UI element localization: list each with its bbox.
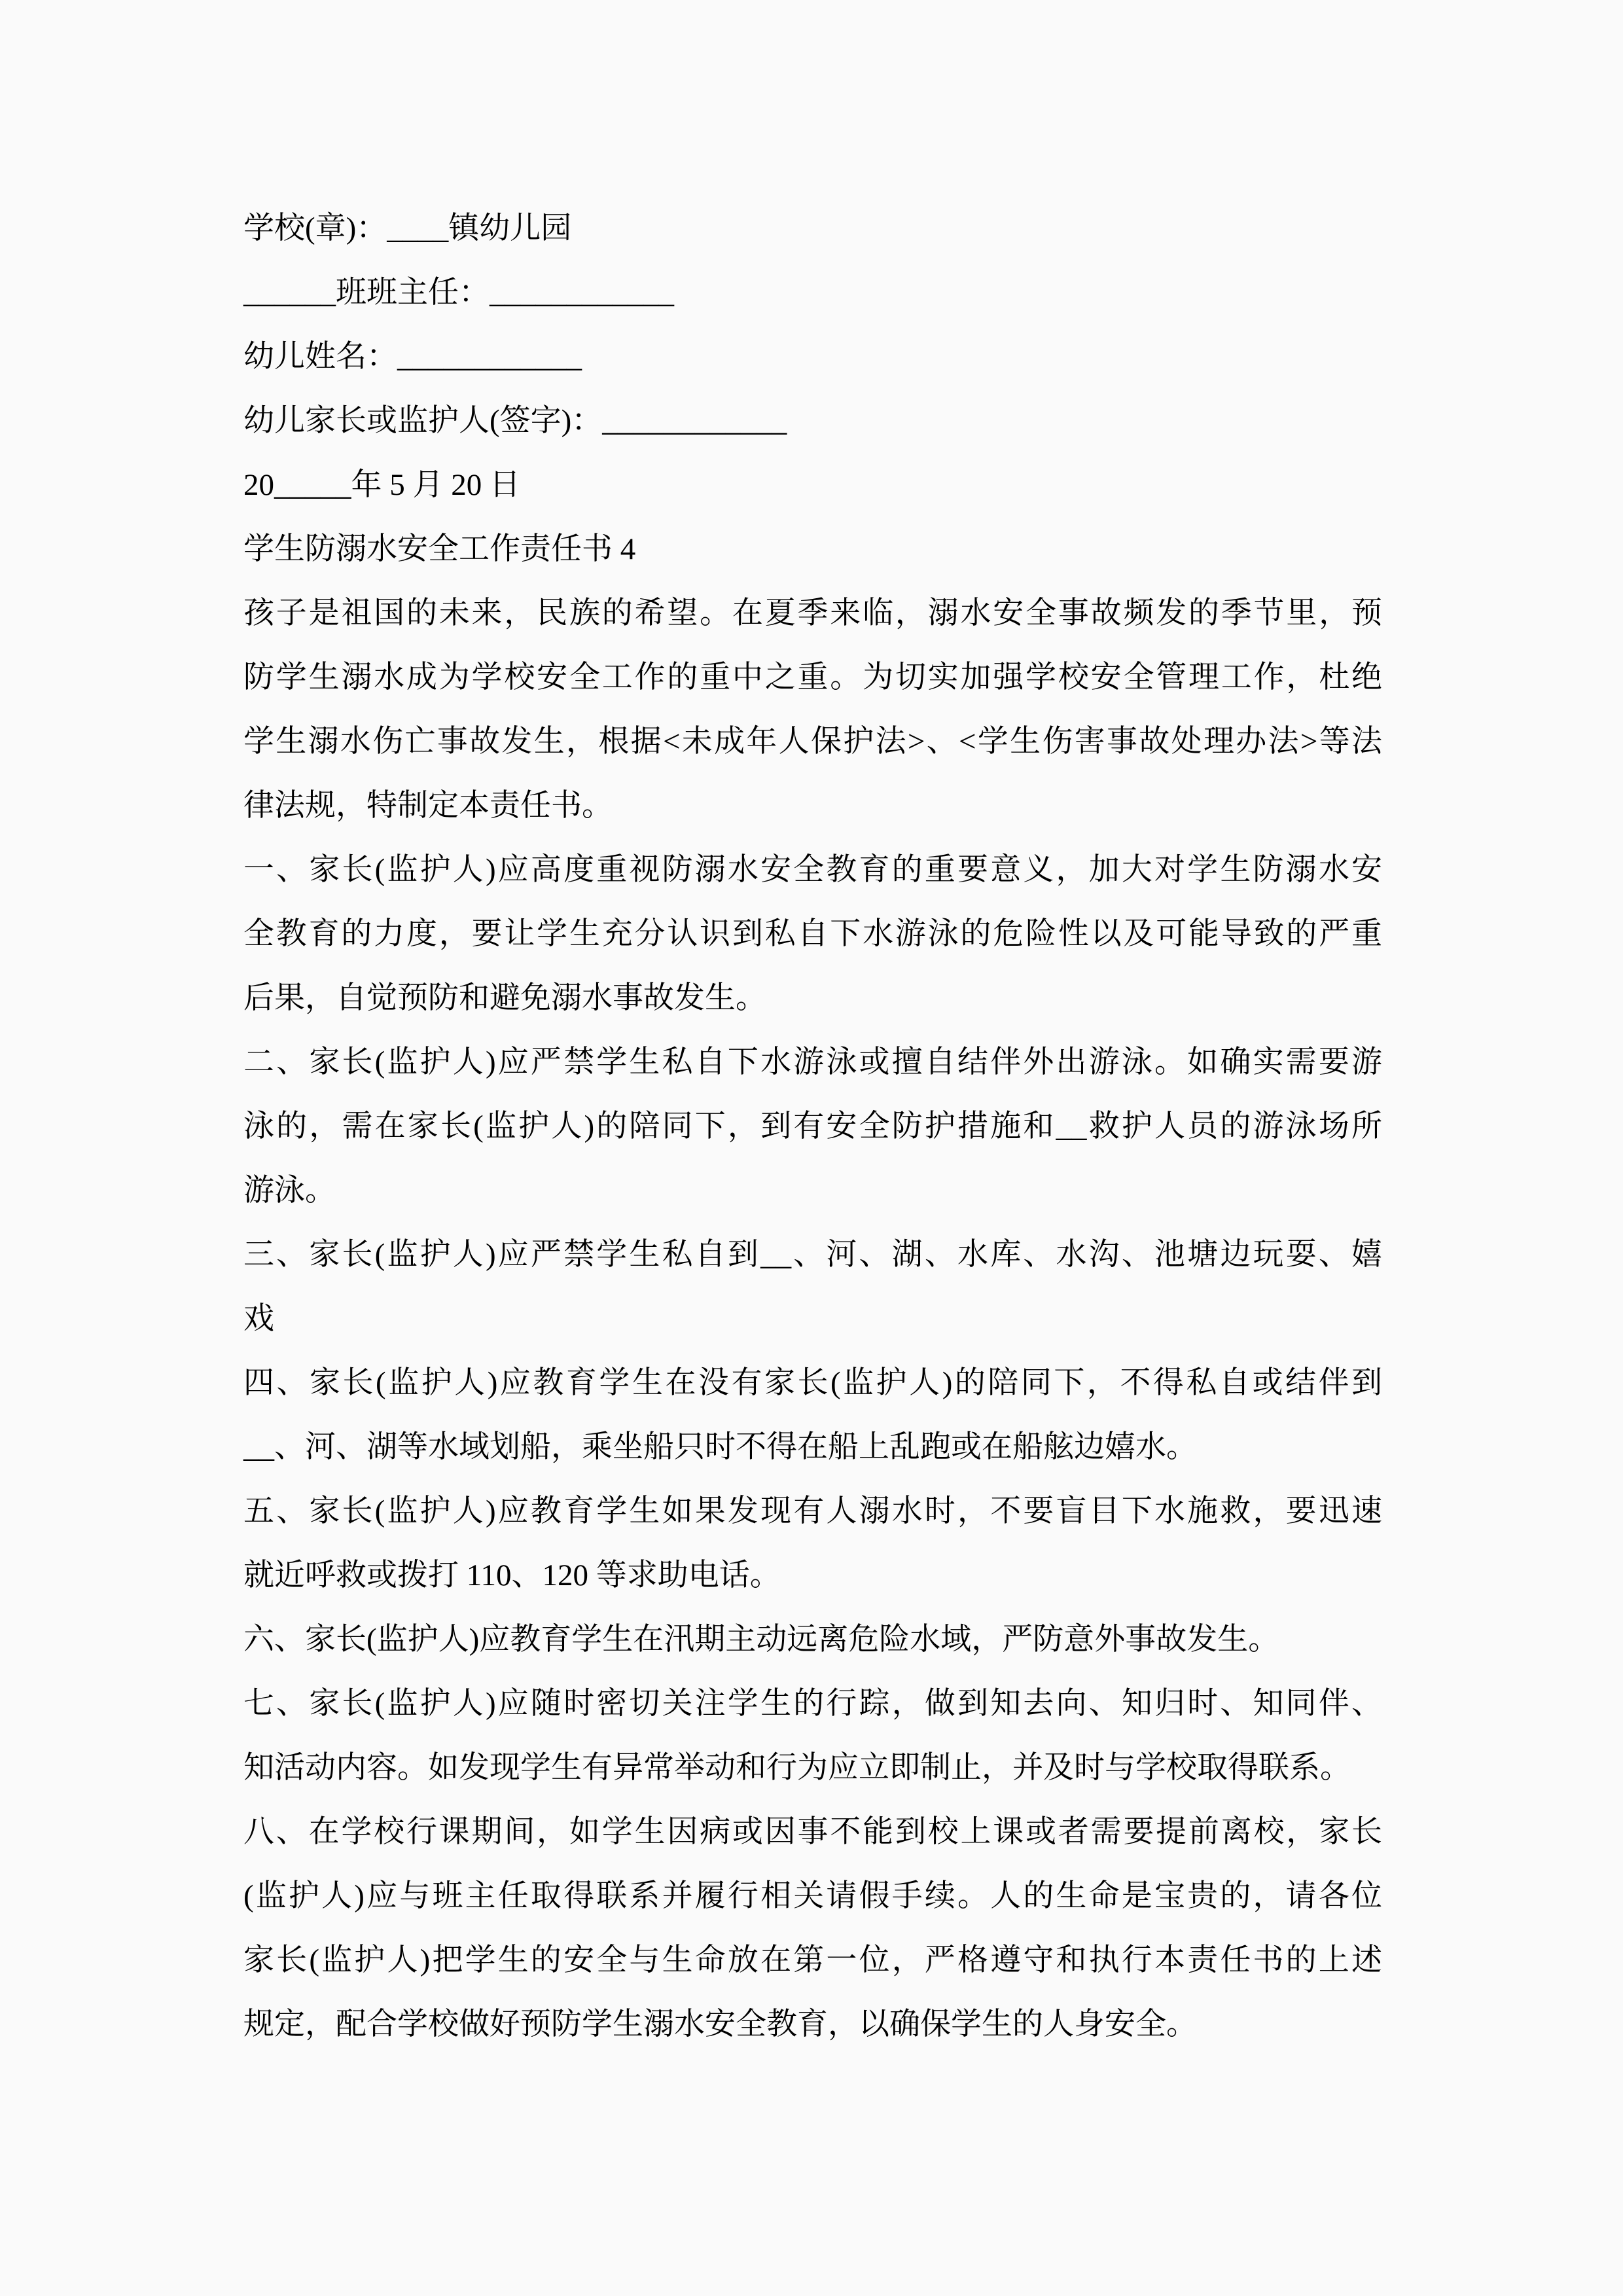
paragraph-line: 五、家长(监护人)应教育学生如果发现有人溺水时，不要盲目下水施救，要迅速 [243,1479,1382,1543]
paragraph-line: 泳的，需在家长(监护人)的陪同下，到有安全防护措施和__救护人员的游泳场所 [243,1094,1382,1158]
paragraph-line: 一、家长(监护人)应高度重视防溺水安全教育的重要意义，加大对学生防溺水安 [243,838,1382,902]
paragraph-line: 家长(监护人)把学生的安全与生命放在第一位，严格遵守和执行本责任书的上述 [243,1928,1382,1992]
paragraph-line: 规定，配合学校做好预防学生溺水安全教育，以确保学生的人身安全。 [243,1992,1382,2056]
school-seal-line: 学校(章)：____镇幼儿园 [243,196,1382,260]
paragraph-line: 防学生溺水成为学校安全工作的重中之重。为切实加强学校安全管理工作，杜绝 [243,645,1382,709]
paragraph-line: 四、家长(监护人)应教育学生在没有家长(监护人)的陪同下，不得私自或结伴到 [243,1351,1382,1415]
date-line: 20_____年 5 月 20 日 [243,453,1382,517]
paragraph-line: (监护人)应与班主任取得联系并履行相关请假手续。人的生命是宝贵的，请各位 [243,1864,1382,1928]
paragraph-line: 游泳。 [243,1158,1382,1223]
class-teacher-line: ______班班主任：____________ [243,260,1382,325]
paragraph-line: 六、家长(监护人)应教育学生在汛期主动远离危险水域，严防意外事故发生。 [243,1607,1382,1672]
paragraph-line: 就近呼救或拨打 110、120 等求助电话。 [243,1543,1382,1607]
paragraph-line: 后果，自觉预防和避免溺水事故发生。 [243,966,1382,1030]
paragraph-line: __、河、湖等水域划船，乘坐船只时不得在船上乱跑或在船舷边嬉水。 [243,1415,1382,1479]
document-body: 学校(章)：____镇幼儿园 ______班班主任：____________ 幼… [243,196,1382,2056]
document-page: 学校(章)：____镇幼儿园 ______班班主任：____________ 幼… [0,0,1623,2296]
child-name-line: 幼儿姓名：____________ [243,325,1382,389]
paragraph-line: 孩子是祖国的未来，民族的希望。在夏季来临，溺水安全事故频发的季节里，预 [243,581,1382,645]
paragraph-line: 八、在学校行课期间，如学生因病或因事不能到校上课或者需要提前离校，家长 [243,1800,1382,1864]
guardian-signature-line: 幼儿家长或监护人(签字)：____________ [243,389,1382,453]
document-title: 学生防溺水安全工作责任书 4 [243,517,1382,581]
paragraph-line: 律法规，特制定本责任书。 [243,774,1382,838]
paragraph-line: 全教育的力度，要让学生充分认识到私自下水游泳的危险性以及可能导致的严重 [243,902,1382,966]
paragraph-line: 二、家长(监护人)应严禁学生私自下水游泳或擅自结伴外出游泳。如确实需要游 [243,1030,1382,1094]
paragraph-line: 七、家长(监护人)应随时密切关注学生的行踪，做到知去向、知归时、知同伴、 [243,1672,1382,1736]
paragraph-line: 戏 [243,1287,1382,1351]
paragraph-line: 三、家长(监护人)应严禁学生私自到__、河、湖、水库、水沟、池塘边玩耍、嬉 [243,1223,1382,1287]
paragraph-line: 学生溺水伤亡事故发生，根据<未成年人保护法>、<学生伤害事故处理办法>等法 [243,709,1382,774]
paragraph-line: 知活动内容。如发现学生有异常举动和行为应立即制止，并及时与学校取得联系。 [243,1736,1382,1800]
